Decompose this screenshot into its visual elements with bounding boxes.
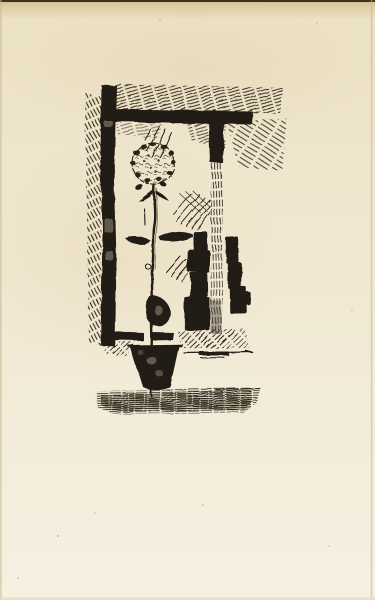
page-left-edge (0, 0, 2, 600)
mullion-foot-hatch (191, 328, 249, 347)
stem-side-stick (144, 208, 145, 224)
hatch-above-lintel (112, 83, 283, 113)
page-top-edge (0, 0, 375, 2)
page-scan (0, 0, 375, 600)
frame-lintel (112, 109, 252, 125)
pot-rim (128, 345, 180, 346)
lower-leaf-highlight (154, 305, 162, 315)
shadow-band-core (104, 398, 250, 408)
sill-bar-right (151, 332, 173, 340)
sill-bar-left (112, 331, 143, 340)
book-page (0, 0, 375, 600)
mullion-scribble-upper (210, 162, 222, 257)
page-right-edge (371, 0, 373, 600)
shadow-band (94, 386, 259, 414)
bloom-texture (132, 142, 174, 184)
page-top-fade (0, 2, 375, 19)
frame-right-post-top (208, 118, 224, 163)
